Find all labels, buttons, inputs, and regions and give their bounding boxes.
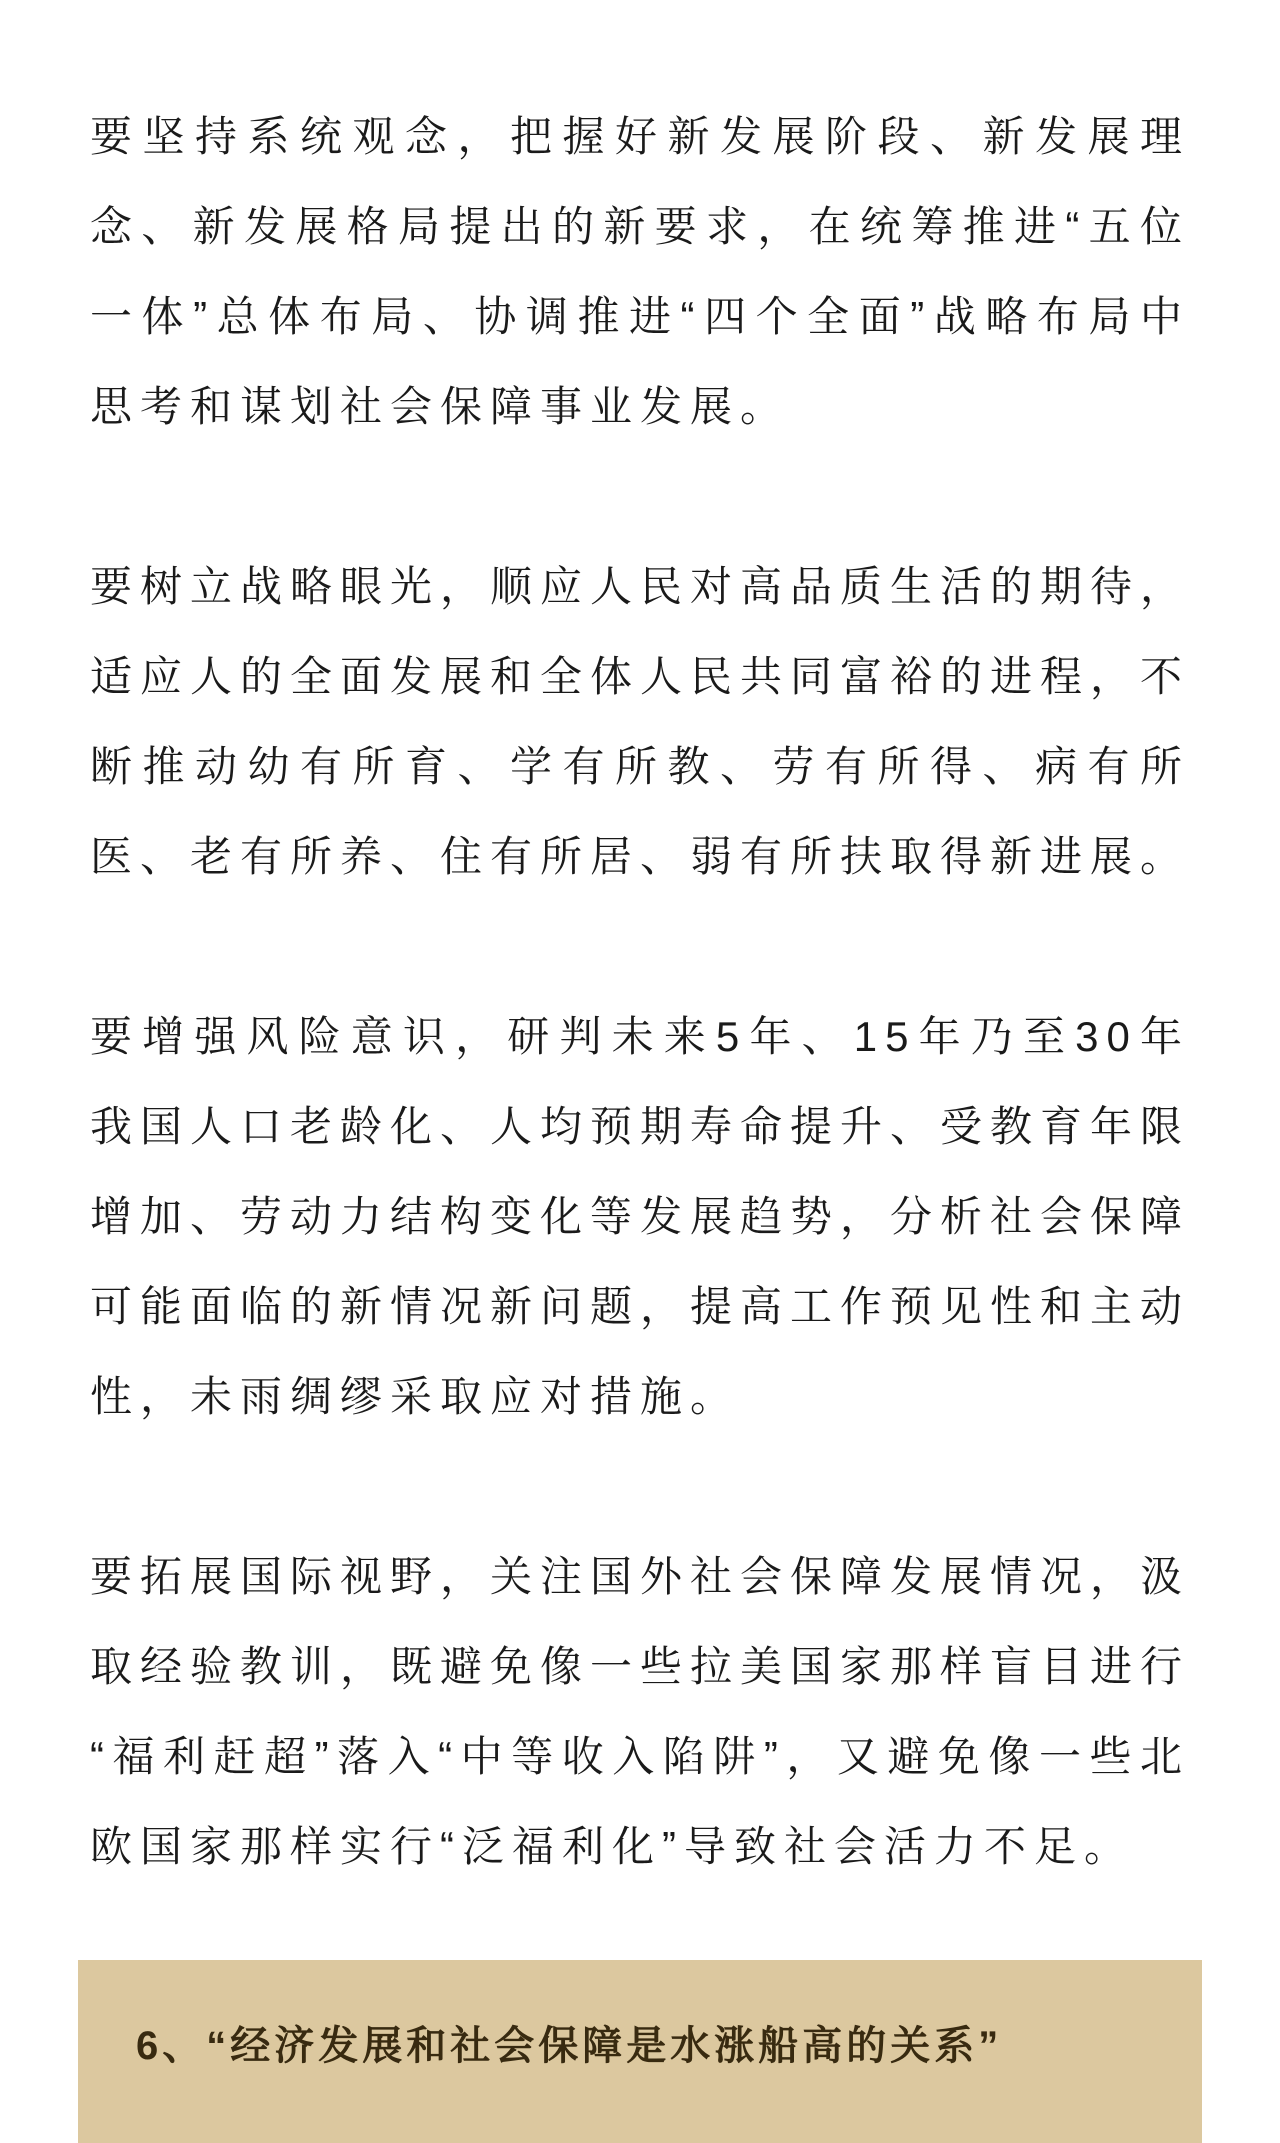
article-content: 要坚持系统观念，把握好新发展阶段、新发展理念、新发展格局提出的新要求，在统筹推进… — [78, 0, 1202, 2143]
section-header-block: 6、“经济发展和社会保障是水涨船高的关系” — [78, 1960, 1202, 2143]
article-paragraph: 要拓展国际视野，关注国外社会保障发展情况，汲取经验教训，既避免像一些拉美国家那样… — [90, 1532, 1190, 1892]
article-paragraph: 要增强风险意识，研判未来5年、15年乃至30年我国人口老龄化、人均预期寿命提升、… — [90, 992, 1190, 1442]
section-header-title: 6、“经济发展和社会保障是水涨船高的关系” — [136, 2022, 1144, 2070]
article-body: 要坚持系统观念，把握好新发展阶段、新发展理念、新发展格局提出的新要求，在统筹推进… — [78, 92, 1202, 1892]
article-paragraph: 要树立战略眼光，顺应人民对高品质生活的期待，适应人的全面发展和全体人民共同富裕的… — [90, 542, 1190, 902]
article-paragraph: 要坚持系统观念，把握好新发展阶段、新发展理念、新发展格局提出的新要求，在统筹推进… — [90, 92, 1190, 452]
